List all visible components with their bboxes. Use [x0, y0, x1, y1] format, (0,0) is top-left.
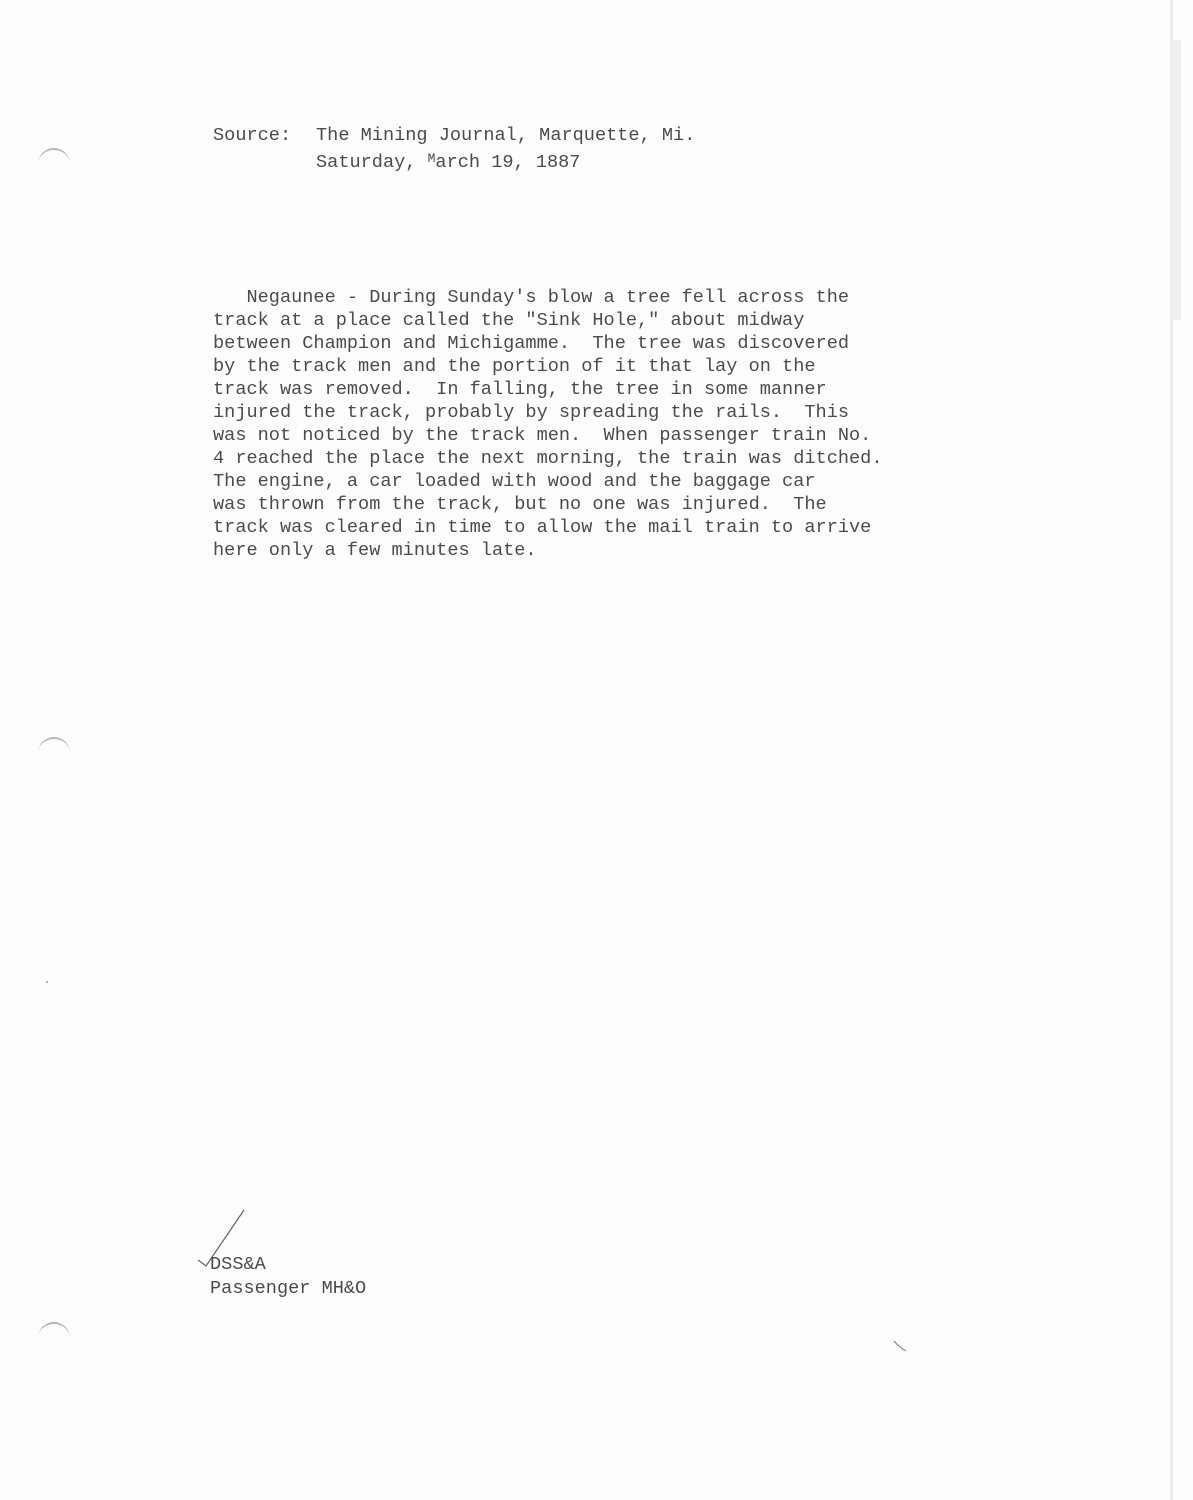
article-line: injured the track, probably by spreading…	[213, 401, 882, 424]
page-edge-shadow	[1173, 40, 1181, 320]
stray-pen-mark-icon	[893, 1340, 907, 1352]
article-line: was not noticed by the track men. When p…	[213, 424, 882, 447]
source-label: Source:	[213, 124, 291, 147]
article-line: track was removed. In falling, the tree …	[213, 378, 882, 401]
scanned-page: Source: The Mining Journal, Marquette, M…	[0, 0, 1193, 1500]
article-line: between Champion and Michigamme. The tre…	[213, 332, 882, 355]
hole-punch-bottom	[38, 1322, 70, 1338]
article-line: here only a few minutes late.	[213, 539, 882, 562]
railroad-code: DSS&A	[210, 1253, 266, 1276]
source-date: Saturday, March 19, 1887	[316, 152, 580, 173]
scan-speck	[46, 981, 48, 983]
subject-tag: Passenger MH&O	[210, 1277, 366, 1300]
article-line: track at a place called the "Sink Hole,"…	[213, 309, 882, 332]
source-citation: The Mining Journal, Marquette, Mi. Satur…	[316, 124, 695, 174]
article-line: The engine, a car loaded with wood and t…	[213, 470, 882, 493]
hole-punch-top	[38, 148, 70, 164]
article-line: by the track men and the portion of it t…	[213, 355, 882, 378]
article-line: was thrown from the track, but no one wa…	[213, 493, 882, 516]
article-line: Negaunee - During Sunday's blow a tree f…	[213, 286, 882, 309]
article-line: track was cleared in time to allow the m…	[213, 516, 882, 539]
hole-punch-middle	[38, 737, 70, 753]
article-body: Negaunee - During Sunday's blow a tree f…	[213, 286, 882, 562]
source-publication: The Mining Journal, Marquette, Mi.	[316, 125, 695, 146]
article-line: 4 reached the place the next morning, th…	[213, 447, 882, 470]
